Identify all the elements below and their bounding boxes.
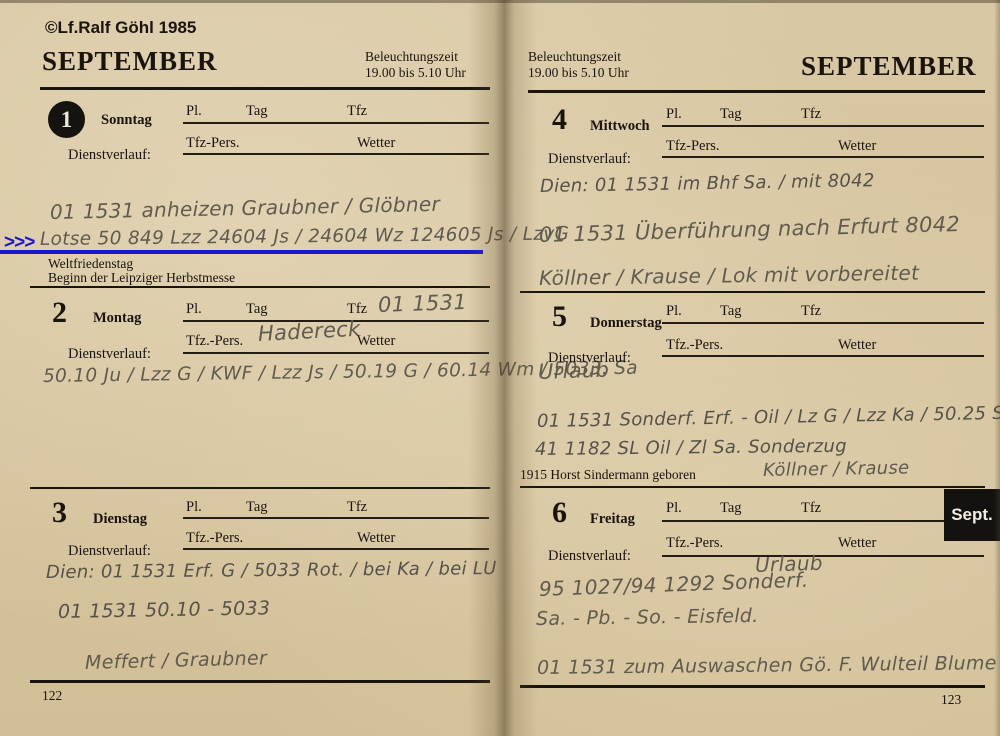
day3-number: 3 <box>52 496 67 530</box>
day3-label-tfzpers: Tfz.-Pers. <box>186 530 243 547</box>
day1-number-badge: 1 <box>48 101 85 138</box>
day5-handwriting-urlaub: Urlaub <box>538 358 610 384</box>
header-rule-left <box>40 87 490 90</box>
day5-handwriting-2: 01 1531 Sonderf. Erf. - Oil / Lz G / Lzz… <box>537 403 1000 432</box>
day2-number: 2 <box>52 296 67 330</box>
day6-line2 <box>662 555 984 557</box>
day1-label-tag: Tag <box>246 103 268 120</box>
day4-dienstverlauf-label: Dienstverlauf: <box>548 151 631 168</box>
day1-dienstverlauf-label: Dienstverlauf: <box>68 147 151 164</box>
page-gutter <box>468 0 538 736</box>
day2-label-tag: Tag <box>246 301 268 318</box>
day4-line2 <box>662 156 984 158</box>
month-tab-label: Sept. <box>951 505 993 525</box>
day2-line2 <box>183 352 489 354</box>
day3-label-tfz: Tfz <box>347 499 367 516</box>
day5-bottom-rule <box>520 486 985 488</box>
day3-handwriting-2: 01 1531 50.10 - 5033 <box>58 597 271 623</box>
day5-label-pl: Pl. <box>666 303 682 320</box>
day2-dienstverlauf-label: Dienstverlauf: <box>68 346 151 363</box>
blue-highlight-underline <box>0 250 483 254</box>
day6-handwriting-3: Sa. - Pb. - So. - Eisfeld. <box>536 605 759 630</box>
day2-label-tfz: Tfz <box>347 301 367 318</box>
day4-number: 4 <box>552 103 567 137</box>
day6-handwriting-2: 95 1027/94 1292 Sonderf. <box>539 568 809 601</box>
day3-label-pl: Pl. <box>186 499 202 516</box>
month-title-left: SEPTEMBER <box>42 46 218 77</box>
day1-handwriting-1: 01 1531 anheizen Graubner / Glöbner <box>50 192 440 224</box>
day4-label-pl: Pl. <box>666 106 682 123</box>
header-rule-right <box>528 90 985 93</box>
day1-label-tfz: Tfz <box>347 103 367 120</box>
day5-line1 <box>662 322 984 324</box>
day4-bottom-rule <box>520 291 985 293</box>
day2-label-tfzpers: Tfz.-Pers. <box>186 333 243 350</box>
day6-label-wetter: Wetter <box>838 535 876 552</box>
day3-line1 <box>183 517 489 519</box>
day4-label-tag: Tag <box>720 106 742 123</box>
day6-bottom-rule <box>520 685 985 688</box>
day5-name: Donnerstag <box>590 315 662 332</box>
day6-label-tag: Tag <box>720 500 742 517</box>
day5-label-tag: Tag <box>720 303 742 320</box>
day5-handwriting-3: 41 1182 SL Oil / Zl Sa. Sonderzug <box>535 436 847 460</box>
scan-right-edge <box>994 0 1000 736</box>
copyright-watermark: ©Lf.Ralf Göhl 1985 <box>45 18 196 38</box>
day4-label-wetter: Wetter <box>838 138 876 155</box>
day1-label-wetter: Wetter <box>357 135 395 152</box>
day1-label-pl: Pl. <box>186 103 202 120</box>
page-number-left: 122 <box>42 688 62 704</box>
day6-label-tfz: Tfz <box>801 500 821 517</box>
day6-dienstverlauf-label: Dienstverlauf: <box>548 548 631 565</box>
day6-line1 <box>662 520 984 522</box>
diary-spread: ©Lf.Ralf Göhl 1985 SEPTEMBER Beleuchtung… <box>0 0 1000 736</box>
day3-name: Dienstag <box>93 511 147 528</box>
day1-line2 <box>183 153 489 155</box>
day4-handwriting-2: 01 1531 Überführung nach Erfurt 8042 <box>539 212 961 247</box>
day2-tfz-value: 01 1531 <box>378 290 468 317</box>
day2-label-pl: Pl. <box>186 301 202 318</box>
day3-handwriting-3: Meffert / Graubner <box>85 647 268 674</box>
day1-holiday-1: Weltfriedenstag <box>48 256 133 271</box>
day6-label-pl: Pl. <box>666 500 682 517</box>
day5-number: 5 <box>552 300 567 334</box>
day1-line1 <box>183 122 489 124</box>
day4-line1 <box>662 125 984 127</box>
day6-label-tfzpers: Tfz.-Pers. <box>666 535 723 552</box>
day2-name: Montag <box>93 310 141 327</box>
day6-number: 6 <box>552 496 567 530</box>
day4-handwriting-3: Köllner / Krause / Lok mit vorbereitet <box>539 261 919 290</box>
day1-label-tfzpers: Tfz-Pers. <box>186 135 240 152</box>
day2-bottom-rule <box>30 487 490 489</box>
day3-line2 <box>183 548 489 550</box>
month-tab-sept[interactable]: Sept. <box>944 489 1000 541</box>
day2-tfzpers-value: Hadereck <box>257 317 361 346</box>
day4-label-tfz: Tfz <box>801 106 821 123</box>
day6-handwriting-4: 01 1531 zum Auswaschen Gö. F. Wulteil Bl… <box>537 652 997 679</box>
day5-label-tfzpers: Tfz.-Pers. <box>666 337 723 354</box>
day5-note-printed: 1915 Horst Sindermann geboren <box>520 467 696 482</box>
day4-handwriting-1: Dien: 01 1531 im Bhf Sa. / mit 8042 <box>540 170 875 197</box>
day5-line2 <box>662 355 984 357</box>
day3-label-wetter: Wetter <box>357 530 395 547</box>
day3-label-tag: Tag <box>246 499 268 516</box>
page-number-right: 123 <box>941 692 961 708</box>
day5-label-tfz: Tfz <box>801 303 821 320</box>
day4-label-tfzpers: Tfz-Pers. <box>666 138 720 155</box>
day1-name: Sonntag <box>101 112 152 129</box>
day5-label-wetter: Wetter <box>838 337 876 354</box>
day6-name: Freitag <box>590 511 635 528</box>
month-title-right: SEPTEMBER <box>801 51 977 82</box>
lighting-time-right: Beleuchtungszeit 19.00 bis 5.10 Uhr <box>528 49 668 81</box>
day2-label-wetter: Wetter <box>357 333 395 350</box>
day3-handwriting-1: Dien: 01 1531 Erf. G / 5033 Rot. / bei K… <box>46 558 497 583</box>
day1-holiday-2: Beginn der Leipziger Herbstmesse <box>48 270 235 285</box>
day3-bottom-rule <box>30 680 490 683</box>
day4-name: Mittwoch <box>590 118 650 135</box>
day3-dienstverlauf-label: Dienstverlauf: <box>68 543 151 560</box>
day5-note-handwriting: Köllner / Krause <box>763 457 910 481</box>
day1-bottom-rule <box>30 286 490 288</box>
